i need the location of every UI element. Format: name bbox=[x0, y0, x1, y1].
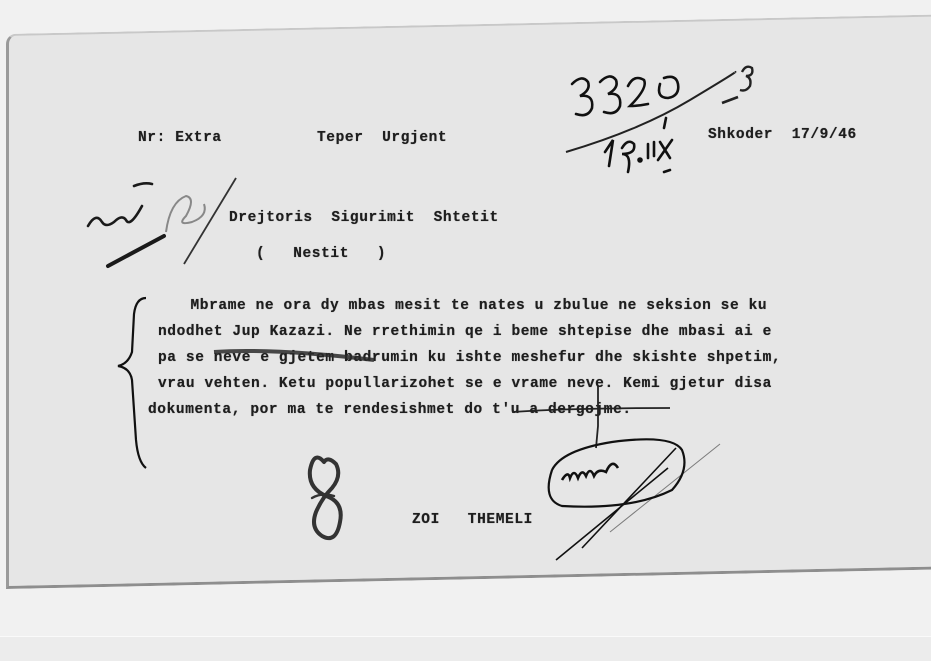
handwritten-eight bbox=[310, 458, 341, 539]
registry-number-handwriting bbox=[572, 76, 678, 115]
swoosh-line bbox=[566, 72, 735, 152]
margin-brace bbox=[118, 298, 146, 468]
signature-stamp bbox=[549, 439, 720, 560]
handwritten-annotations bbox=[0, 0, 931, 661]
